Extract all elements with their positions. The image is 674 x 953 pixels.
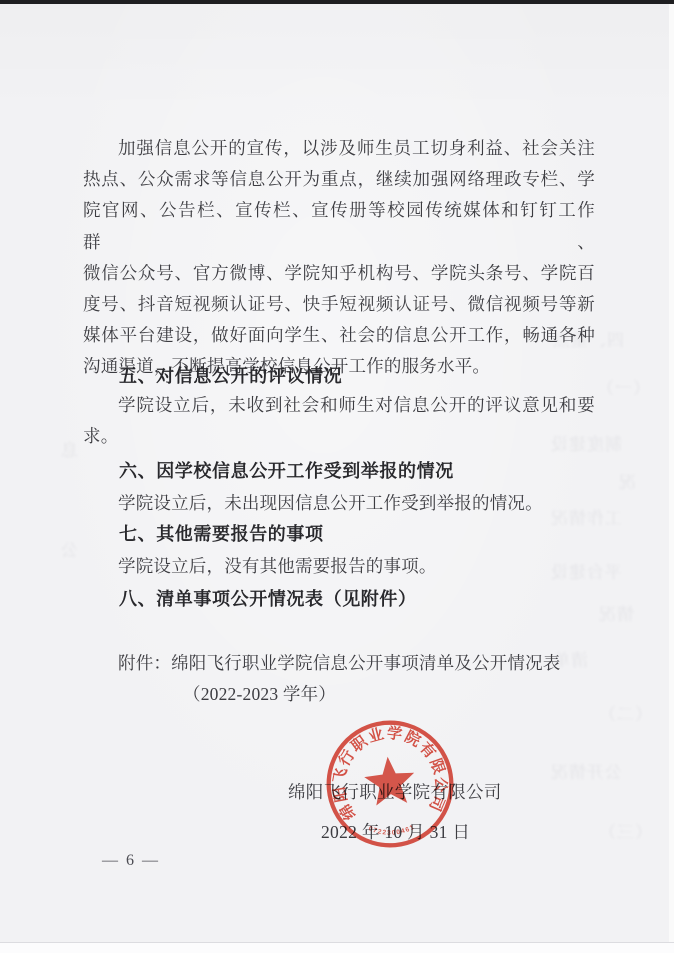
bleedthrough-smudge: （一）	[596, 374, 650, 399]
scan-top-edge	[0, 0, 674, 4]
attachment-line-1: 附件：绵阳飞行职业学院信息公开事项清单及公开情况表	[83, 648, 595, 679]
scan-bottom-strip	[0, 942, 674, 953]
seal-star-icon	[363, 755, 417, 807]
section-7-body: 学院设立后，没有其他需要报告的事项。	[83, 551, 595, 582]
section-6-heading: 六、因学校信息公开工作受到举报的情况	[83, 457, 595, 483]
paragraph-line: 媒体平台建设，做好面向学生、社会的信息公开工作，畅通各种	[83, 320, 595, 351]
bleedthrough-smudge: 况	[618, 468, 636, 493]
bleedthrough-smudge: （三）	[598, 818, 652, 843]
paragraph-line: 热点、公众需求等信息公开为重点，继续加强网络理政专栏、学	[83, 164, 595, 195]
svg-text:0722300461: 0722300461	[367, 821, 417, 839]
seal-code: 0722300461	[367, 821, 417, 839]
section-5-heading: 五、对信息公开的评议情况	[83, 362, 595, 388]
bleedthrough-smudge: 公	[60, 536, 78, 561]
scanned-document-page: 四、重点（一）息制度建设况工作情况公平台建设情况清单（二）公开情况（三） 加强信…	[0, 0, 674, 953]
section-8-heading: 八、清单事项公开情况表（见附件）	[83, 585, 595, 611]
paragraph-publicity: 加强信息公开的宣传，以涉及师生员工切身利益、社会关注 热点、公众需求等信息公开为…	[83, 133, 595, 383]
paragraph-line: 微信公众号、官方微博、学院知乎机构号、学院头条号、学院百	[83, 258, 595, 289]
section-7-heading: 七、其他需要报告的事项	[83, 520, 595, 546]
body-line: 学院设立后，未收到社会和师生对信息公开的评议意见和要	[83, 390, 595, 421]
bleedthrough-smudge: 情况	[598, 600, 634, 625]
paragraph-line: 院官网、公告栏、宣传栏、宣传册等校园传统媒体和钉钉工作群、	[83, 195, 595, 257]
section-6-body: 学院设立后，未出现因信息公开工作受到举报的情况。	[83, 488, 595, 519]
paragraph-line: 加强信息公开的宣传，以涉及师生员工切身利益、社会关注	[83, 133, 595, 164]
bleedthrough-smudge: 息	[60, 436, 78, 461]
page-number: — 6 —	[102, 852, 160, 870]
scan-right-edge	[669, 4, 674, 942]
body-line: 求。	[83, 421, 595, 452]
attachment-line-2: （2022-2023 学年）	[83, 679, 674, 710]
paragraph-line: 度号、抖音短视频认证号、快手短视频认证号、微信视频号等新	[83, 289, 595, 320]
company-seal: 绵阳飞行职业学院有限公司 0722300461	[308, 702, 473, 867]
bleedthrough-smudge: 公开情况	[550, 758, 622, 783]
section-5-body: 学院设立后，未收到社会和师生对信息公开的评议意见和要 求。	[83, 390, 595, 451]
